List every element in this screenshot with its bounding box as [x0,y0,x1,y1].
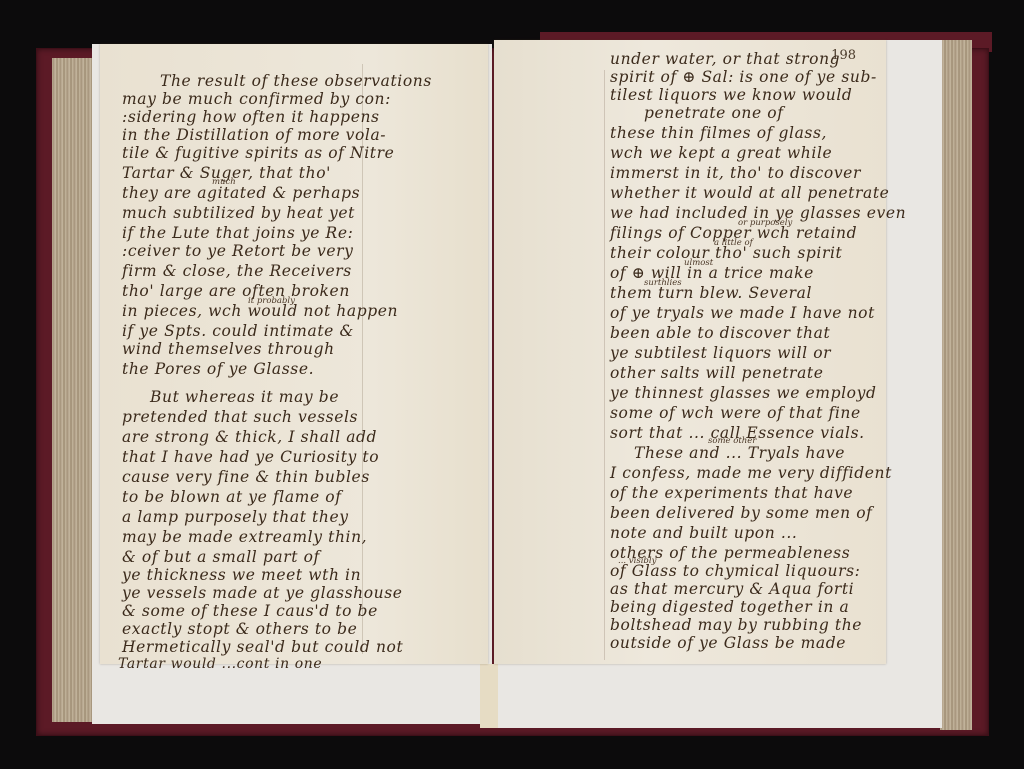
text-line: But whereas it may be [150,388,339,406]
text-line: in pieces, wch would not happen [122,302,398,320]
text-line: tilest liquors we know would [610,86,852,104]
text-line: been delivered by some men of [610,504,873,522]
text-line: wind themselves through [122,340,335,358]
text-line: much subtilized by heat yet [122,204,355,222]
text-line: of ye tryals we made I have not [610,304,875,322]
text-line: under water, or that strong [610,50,840,68]
text-line: immerst in it, tho' to discover [610,164,861,182]
text-line: Hermetically seal'd but could not [122,638,403,656]
text-line: that I have had ye Curiosity to [122,448,379,466]
text-line: them turn blew. Several [610,284,812,302]
text-line: been able to discover that [610,324,830,342]
text-line: other salts will penetrate [610,364,824,382]
text-line: These and ... Tryals have [634,444,845,462]
text-line: if ye Spts. could intimate & [122,322,354,340]
text-line: whether it would at all penetrate [610,184,889,202]
text-line: of the experiments that have [610,484,853,502]
left-manuscript-page: The result of these observations may be … [100,44,488,664]
text-line: The result of these observations [160,72,432,90]
right-manuscript-page: 198 under water, or that strong spirit o… [494,40,886,664]
text-line: cause very fine & thin bubles [122,468,370,486]
text-line: note and built upon ... [610,524,797,542]
text-line: of Glass to chymical liquours: [610,562,861,580]
text-line: tile & fugitive spirits as of Nitre [122,144,394,162]
text-line: ye vessels made at ye glasshouse [122,584,403,602]
text-line: I confess, made me very diffident [610,464,892,482]
text-line: in the Distillation of more vola- [122,126,386,144]
text-line: ye subtilest liquors will or [610,344,831,362]
text-line: as that mercury & Aqua forti [610,580,854,598]
text-line: may be made extreamly thin, [122,528,367,546]
gutter-guard-strip [480,664,498,728]
text-line: of ⊕ will in a trice make [610,264,814,282]
text-line: :ceiver to ye Retort be very [122,242,354,260]
text-line: outside of ye Glass be made [610,634,846,652]
text-line: the Pores of ye Glasse. [122,360,314,378]
left-page-edges [52,58,96,722]
text-line: pretended that such vessels [122,408,358,426]
text-line: exactly stopt & others to be [122,620,357,638]
text-line: tho' large are often broken [122,282,350,300]
text-line: their colour tho' such spirit [610,244,842,262]
text-line: to be blown at ye flame of [122,488,342,506]
fold-crease [604,70,605,660]
text-line: wch we kept a great while [610,144,832,162]
text-line: Tartar would ...cont in one [118,656,322,672]
text-line: boltshead may by rubbing the [610,616,862,634]
text-line: being digested together in a [610,598,849,616]
text-line: penetrate one of [644,104,784,122]
right-page-edges [940,40,972,730]
text-line: ye thinnest glasses we employd [610,384,876,402]
text-line: may be much confirmed by con: [122,90,391,108]
text-line: some of wch were of that fine [610,404,861,422]
text-line: they are agitated & perhaps [122,184,360,202]
text-line: :sidering how often it happens [122,108,380,126]
text-line: if the Lute that joins ye Re: [122,224,353,242]
text-line: firm & close, the Receivers [122,262,352,280]
text-line: spirit of ⊕ Sal: is one of ye sub- [610,68,877,86]
text-line: a lamp purposely that they [122,508,349,526]
text-line: & of but a small part of [122,548,320,566]
text-line: ye thickness we meet wth in [122,566,361,584]
text-line: these thin filmes of glass, [610,124,827,142]
text-line: & some of these I caus'd to be [122,602,378,620]
text-line: are strong & thick, I shall add [122,428,377,446]
